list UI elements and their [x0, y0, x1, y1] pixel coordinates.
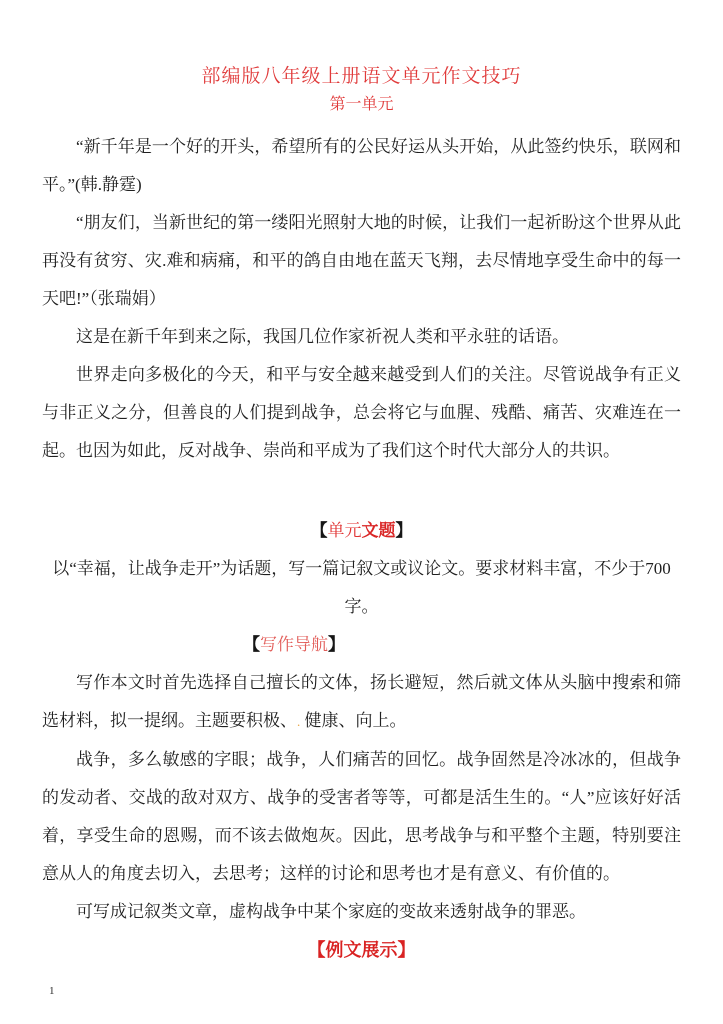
page-content: 部编版八年级上册语文单元作文技巧 第一单元 “新千年是一个好的开头，希望所有的公…: [0, 0, 723, 969]
intro-section: “新千年是一个好的开头，希望所有的公民好运从头开始，从此签约快乐，联网和平。”(…: [42, 128, 681, 470]
guide-paragraph-1-after-dot: 健康、向上。: [300, 711, 406, 730]
intro-paragraph-context: 世界走向多极化的今天，和平与安全越来越受到人们的关注。尽管说战争有正义与非正义之…: [42, 356, 681, 470]
section-heading-example-essay: 【例文展示】: [42, 931, 681, 969]
guide-paragraph-2: 战争，多么敏感的字眼；战争，人们痛苦的回忆。战争固然是冷冰冰的，但战争的发动者、…: [42, 741, 681, 893]
heading-label-unit: 单元: [328, 521, 362, 540]
unit-topic-body: 以“幸福，让战争走开”为话题，写一篇记叙文或议论文。要求材料丰富，不少于700字…: [42, 550, 681, 626]
section-heading-unit-topic: 【单元文题】: [42, 512, 681, 550]
heading-label-topic: 文题: [362, 521, 396, 540]
heading-bracket-open: 【: [311, 521, 328, 540]
heading-label-writing-guide: 写作导航: [260, 635, 328, 654]
intro-paragraph-quote-2: “朋友们，当新世纪的第一缕阳光照射大地的时候，让我们一起祈盼这个世界从此再没有贫…: [42, 204, 681, 318]
heading-bracket-open: 【: [243, 635, 260, 654]
section-heading-writing-guide: 【写作导航】: [42, 626, 681, 664]
document-page: 部编版八年级上册语文单元作文技巧 第一单元 “新千年是一个好的开头，希望所有的公…: [0, 0, 723, 1024]
writing-guide-section: 写作本文时首先选择自己擅长的文体，扬长避短，然后就文体从头脑中搜索和筛选材料，拟…: [42, 664, 681, 931]
document-title: 部编版八年级上册语文单元作文技巧: [42, 0, 681, 92]
intro-paragraph-comment: 这是在新千年到来之际，我国几位作家祈祝人类和平永驻的话语。: [42, 318, 681, 356]
intro-paragraph-quote-1: “新千年是一个好的开头，希望所有的公民好运从头开始，从此签约快乐，联网和平。”(…: [42, 128, 681, 204]
page-number: 1: [49, 984, 55, 998]
heading-bracket-close: 】: [396, 521, 413, 540]
guide-paragraph-1: 写作本文时首先选择自己擅长的文体，扬长避短，然后就文体从头脑中搜索和筛选材料，拟…: [42, 664, 681, 741]
heading-bracket-close: 】: [328, 635, 345, 654]
document-subtitle: 第一单元: [42, 92, 681, 118]
guide-paragraph-3: 可写成记叙类文章，虚构战争中某个家庭的变故来透射战争的罪恶。: [42, 893, 681, 931]
